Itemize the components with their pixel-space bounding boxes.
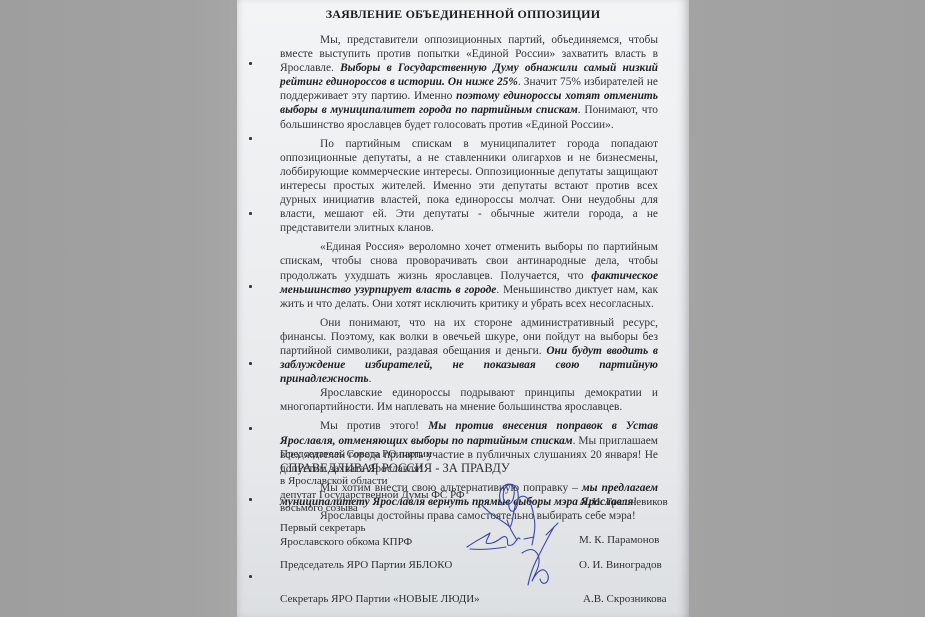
signatory-3: Председатель ЯРО Партии ЯБЛОКО: [280, 559, 452, 573]
margin-dot: [249, 212, 252, 215]
text-run: Ярославские единороссы подрывают принцип…: [280, 387, 658, 413]
document-title: ЗАЯВЛЕНИЕ ОБЪЕДИНЕННОЙ ОППОЗИЦИИ: [237, 7, 689, 22]
paragraph: По партийным спискам в муниципалитет гор…: [280, 137, 658, 236]
signatory-line: Председатель ЯРО Партии ЯБЛОКО: [280, 559, 452, 573]
margin-dot: [249, 498, 252, 501]
margin-dot: [249, 575, 252, 578]
text-run: Мы против этого!: [320, 420, 428, 432]
signatory-line: Секретарь ЯРО Партии «НОВЫЕ ЛЮДИ»: [280, 593, 480, 607]
handwritten-signatures: [462, 475, 592, 595]
margin-dot: [249, 362, 252, 365]
party-name: СПРАВЕДЛИВАЯ РОССИЯ - ЗА ПРАВДУ: [280, 462, 510, 476]
signatory-name-1: А. Н. Грешневиков: [579, 496, 668, 508]
signatory-line: Председатель Совета РО партии: [280, 448, 510, 462]
margin-dot: [249, 285, 252, 288]
text-run: По партийным спискам в муниципалитет гор…: [280, 138, 658, 235]
text-run: .: [369, 373, 372, 385]
signatory-2: Первый секретарь Ярославского обкома КПР…: [280, 522, 412, 549]
margin-dot: [249, 427, 252, 430]
paragraph: Мы, представители оппозиционных партий, …: [280, 33, 658, 132]
margin-dot: [249, 137, 252, 140]
paragraph: Ярославские единороссы подрывают принцип…: [280, 386, 658, 414]
signatory-name-4: А.В. Скрозникова: [583, 593, 667, 605]
background-left: [0, 0, 237, 617]
background-right: [689, 0, 925, 617]
margin-dot: [249, 62, 252, 65]
paragraph: Они понимают, что на их стороне админист…: [280, 316, 658, 386]
document-page: ЗАЯВЛЕНИЕ ОБЪЕДИНЕННОЙ ОППОЗИЦИИ Мы, пре…: [237, 0, 689, 617]
signatory-4: Секретарь ЯРО Партии «НОВЫЕ ЛЮДИ»: [280, 593, 480, 607]
signatory-line: Первый секретарь: [280, 522, 412, 536]
paragraph: «Единая Россия» вероломно хочет отменить…: [280, 240, 658, 310]
signatory-line: Ярославского обкома КПРФ: [280, 536, 412, 550]
